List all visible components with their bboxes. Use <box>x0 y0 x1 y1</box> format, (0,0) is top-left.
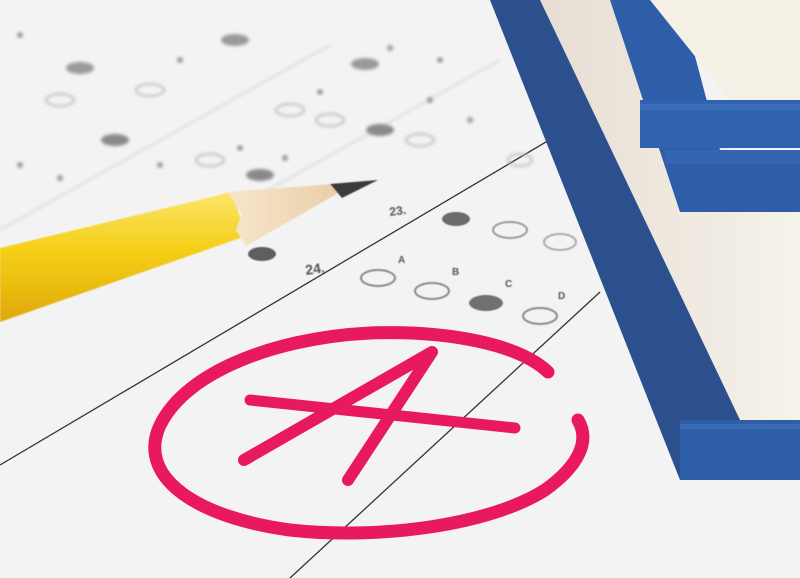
middle-book-edge <box>665 150 800 164</box>
option-d-label: D <box>558 291 565 302</box>
photo-scene: 23. 24. A B C D <box>0 0 800 578</box>
bubble-filled <box>248 247 276 261</box>
option-b-label: B <box>452 267 459 278</box>
question-24-number: 24. <box>304 259 326 278</box>
q23-bubble-a-filled <box>442 212 470 226</box>
question-23-number: 23. <box>388 203 406 219</box>
option-a-label: A <box>398 255 405 266</box>
option-c-label: C <box>505 279 512 290</box>
answer-sheet-photo: 23. 24. A B C D <box>0 0 800 578</box>
q24-bubble-c-filled <box>469 295 503 311</box>
